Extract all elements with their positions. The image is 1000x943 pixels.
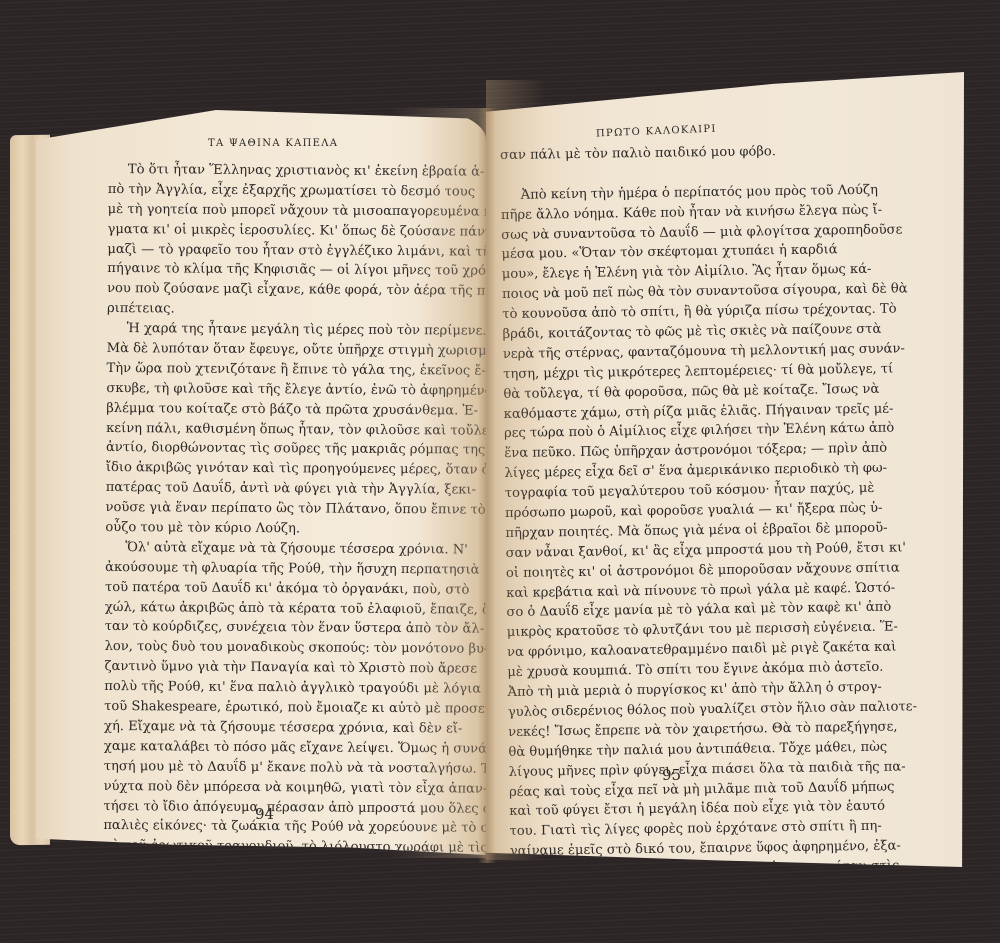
text-line: ἴδιο ἀκριβῶς γινόταν καὶ τὶς προηγούμενε… bbox=[106, 458, 451, 480]
text-line: νου ποὺ ζούσανε μαζὶ εἶχανε, κάθε φορά, … bbox=[107, 279, 452, 301]
text-line: πήγαινε τὸ κλίμα τῆς Κηφισιᾶς — οἱ λίγοι… bbox=[107, 259, 452, 281]
text-line: νοῦσε γιὰ ἕναν περίπατο ὣς τὸν Πλάτανο, … bbox=[106, 498, 451, 520]
text-line: κείνη πάλι, καθισμένη ὅπως ἦταν, τὸν φιλ… bbox=[106, 419, 451, 441]
left-page-text: Τὸ ὅτι ἦταν Ἕλληνας χριστιανὸς κι' ἐκείν… bbox=[103, 160, 453, 918]
text-line: Τὸ ὅτι ἦταν Ἕλληνας χριστιανὸς κι' ἐκείν… bbox=[108, 160, 453, 182]
text-line: Ὅλ' αὐτὰ εἴχαμε νὰ τὰ ζήσουμε τέσσερα χρ… bbox=[105, 538, 450, 560]
text-line: ζαντινὸ ὕμνο γιὰ τὴν Παναγία καὶ τὸ Χρισ… bbox=[104, 657, 449, 679]
text-line: νύχτα ποὺ δὲν μπόρεσα νὰ κοιμηθῶ, γιατὶ … bbox=[104, 777, 449, 799]
text-line: τήσει τὸ ἴδιο ἀπόγευμα, πέρασαν ἀπὸ μπρο… bbox=[103, 796, 448, 818]
right-page-number: 95 bbox=[662, 766, 681, 784]
text-line: τοῦ πατέρα τοῦ Δαυΐδ κι' ἀκόμα τὸ ὀργανά… bbox=[105, 578, 450, 600]
text-line: ἀντίο, διορθώνοντας τὶς σοῦρες τῆς μακρι… bbox=[106, 438, 451, 460]
text-line: οὖζο του μὲ τὸν κύριο Λούζη. bbox=[105, 518, 450, 540]
text-line: πατέρας τοῦ Δαυΐδ, ἀντὶ νὰ φύγει γιὰ τὴν… bbox=[106, 478, 451, 500]
right-running-head: ΠΡΩΤΟ ΚΑΛΟΚΑΙΡΙ bbox=[596, 123, 717, 139]
text-line: πὸ τὴν Ἀγγλία, εἶχε ἐξαρχῆς χρωματίσει τ… bbox=[108, 180, 453, 202]
text-line: σκυβε, τὴ φιλοῦσε καὶ τῆς ἔλεγε ἀντίο, ἐ… bbox=[106, 379, 451, 401]
text-line: χαμε καταλάβει τὸ πόσο μᾶς εἴχανε λείψει… bbox=[104, 737, 449, 759]
text-line: τησή μου μὲ τὸ Δαυΐδ μ' ἔκανε πολὺ νὰ τὰ… bbox=[104, 757, 449, 779]
text-line: παλιὲς εἰκόνες· τὰ ζωάκια τῆς Ρούθ νὰ χο… bbox=[103, 816, 448, 838]
right-page-text: σαν πάλι μὲ τὸν παλιὸ παιδικό μου φόβο.Ἀ… bbox=[500, 141, 879, 902]
text-line: Ἡ χαρά της ἦτανε μεγάλη τὶς μέρες ποὺ τὸ… bbox=[107, 319, 452, 341]
text-line: λον, τοὺς δυὸ του μοναδικοὺς σκοπούς: τὸ… bbox=[105, 637, 450, 659]
text-line: μὲ τὴ γοητεία ποὺ μπορεῖ νἄχουν τὰ μισοα… bbox=[108, 200, 453, 222]
text-line: Μὰ δὲ λυπόταν ὅταν ἔφευγε, οὔτε ὑπῆρχε σ… bbox=[107, 339, 452, 361]
text-line: γματα κι' οἱ μικρὲς ἱεροσυλίες. Κι' ὅπως… bbox=[107, 220, 452, 242]
text-line: τοῦ Shakespeare, ἐρωτικό, ποὺ ἔμοιαζε κι… bbox=[104, 697, 449, 719]
text-line: μαζὶ — τὸ γραφεῖο του ἦταν στὸ ἐγγλέζικο… bbox=[107, 240, 452, 262]
left-page[interactable]: ΤΑ ΨΑΘΙΝΑ ΚΑΠΕΛΑ Τὸ ὅτι ἦταν Ἕλληνας χρι… bbox=[36, 110, 486, 855]
book-gutter bbox=[478, 108, 496, 863]
text-line: χή. Εἴχαμε νὰ τὰ ζήσουμε τέσσερα χρόνια,… bbox=[104, 717, 449, 739]
text-line: βλέμμα του κοίταζε στὸ βάζο τὰ πρῶτα χρυ… bbox=[106, 399, 451, 421]
text-line: Τὴν ὥρα ποὺ χτενιζότανε ἢ ἔπινε τὸ γάλα … bbox=[106, 359, 451, 381]
text-line: ἀκούσουμε τὴ φλυαρία τῆς Ρούθ, τὴν ἥσυχη… bbox=[105, 558, 450, 580]
text-line: ριπέτειας. bbox=[107, 299, 452, 321]
left-page-number: 94 bbox=[255, 805, 274, 823]
text-line: χώλ, κάτω ἀκριβῶς ἀπὸ τὰ κέρατα τοῦ ἐλαφ… bbox=[105, 598, 450, 620]
text-line: πολὺ τῆς Ρούθ, κι' ἕνα παλιὸ ἀγγλικὸ τρα… bbox=[104, 677, 449, 699]
left-running-head: ΤΑ ΨΑΘΙΝΑ ΚΑΠΕΛΑ bbox=[208, 138, 338, 149]
text-line: ταν τὸ κούρδιζες, συνέχεια τὸν ἕναν ὕστε… bbox=[105, 617, 450, 639]
right-page[interactable]: ΠΡΩΤΟ ΚΑΛΟΚΑΙΡΙ σαν πάλι μὲ τὸν παλιὸ πα… bbox=[486, 72, 964, 867]
